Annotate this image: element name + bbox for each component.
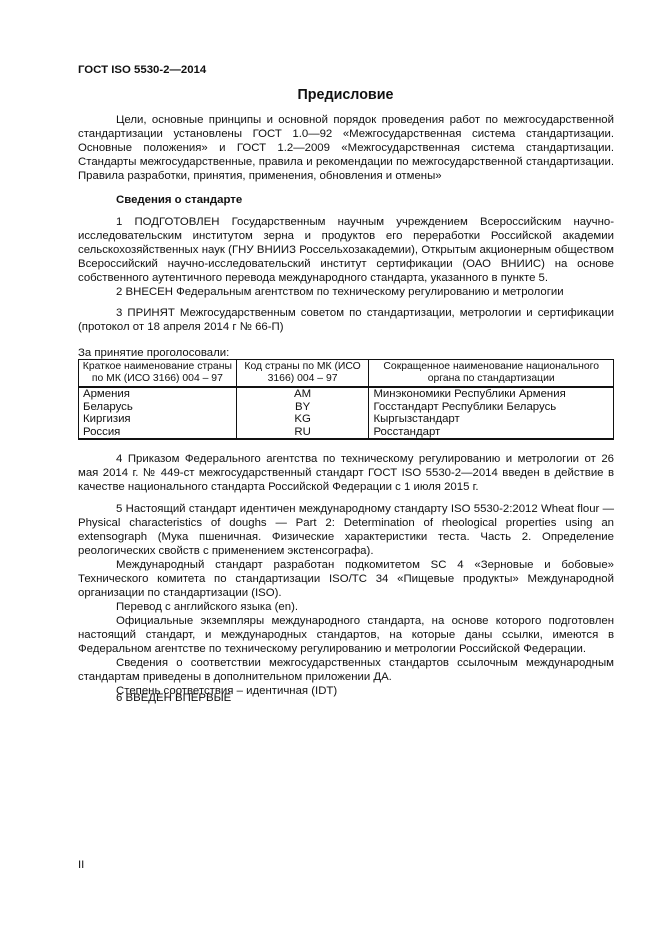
item-6-block: 6 ВВЕДЕН ВПЕРВЫЕ: [78, 691, 614, 705]
votes-table: Краткое наименование страны по МК (ИСО 3…: [78, 359, 614, 440]
item-2: 2 ВНЕСЕН Федеральным агентством по техни…: [78, 285, 614, 299]
item-5-paragraph-5: Сведения о соответствии межгосударственн…: [78, 656, 614, 684]
item-1: 1 ПОДГОТОВЛЕН Государственным научным уч…: [78, 215, 614, 285]
cell-body: Госстандарт Республики Беларусь: [369, 401, 614, 414]
section-heading: Сведения о стандарте: [116, 193, 242, 207]
cell-country: Армения: [79, 387, 237, 401]
cell-code: AM: [236, 387, 369, 401]
cell-body: Кыргызстандарт: [369, 413, 614, 426]
item-4-block: 4 Приказом Федерального агентства по тех…: [78, 452, 614, 494]
cell-code: RU: [236, 426, 369, 440]
table-row: Беларусь BY Госстандарт Республики Белар…: [79, 401, 614, 414]
page-number: II: [78, 858, 84, 872]
table-row: Армения AM Минэкономики Республики Армен…: [79, 387, 614, 401]
item-3-block: 3 ПРИНЯТ Межгосударственным советом по с…: [78, 306, 614, 334]
table-row: Россия RU Росстандарт: [79, 426, 614, 440]
item-6: 6 ВВЕДЕН ВПЕРВЫЕ: [78, 691, 614, 705]
cell-code: BY: [236, 401, 369, 414]
item-5-paragraph-2: Международный стандарт разработан подком…: [78, 558, 614, 600]
item-5-block: 5 Настоящий стандарт идентичен междунаро…: [78, 502, 614, 698]
item-4: 4 Приказом Федерального агентства по тех…: [78, 452, 614, 494]
item-3: 3 ПРИНЯТ Межгосударственным советом по с…: [78, 306, 614, 334]
col-header-body: Сокращенное наименование национального о…: [369, 360, 614, 388]
item-5: 5 Настоящий стандарт идентичен междунаро…: [78, 502, 614, 558]
cell-body: Минэкономики Республики Армения: [369, 387, 614, 401]
item-5-paragraph-3: Перевод с английского языка (en).: [78, 600, 614, 614]
table-header-row: Краткое наименование страны по МК (ИСО 3…: [79, 360, 614, 388]
intro-paragraph: Цели, основные принципы и основной поряд…: [78, 113, 614, 183]
col-header-code: Код страны по МК (ИСО 3166) 004 – 97: [236, 360, 369, 388]
page-title: Предисловие: [0, 88, 661, 102]
cell-body: Росстандарт: [369, 426, 614, 440]
document-code: ГОСТ ISO 5530-2—2014: [78, 63, 206, 77]
items-1-2: 1 ПОДГОТОВЛЕН Государственным научным уч…: [78, 215, 614, 299]
cell-country: Киргизия: [79, 413, 237, 426]
voted-label: За принятие проголосовали:: [78, 346, 229, 360]
cell-country: Беларусь: [79, 401, 237, 414]
table-row: Киргизия KG Кыргызстандарт: [79, 413, 614, 426]
cell-code: KG: [236, 413, 369, 426]
item-5-paragraph-4: Официальные экземпляры международного ст…: [78, 614, 614, 656]
col-header-country: Краткое наименование страны по МК (ИСО 3…: [79, 360, 237, 388]
intro-text: Цели, основные принципы и основной поряд…: [78, 113, 614, 183]
cell-country: Россия: [79, 426, 237, 440]
